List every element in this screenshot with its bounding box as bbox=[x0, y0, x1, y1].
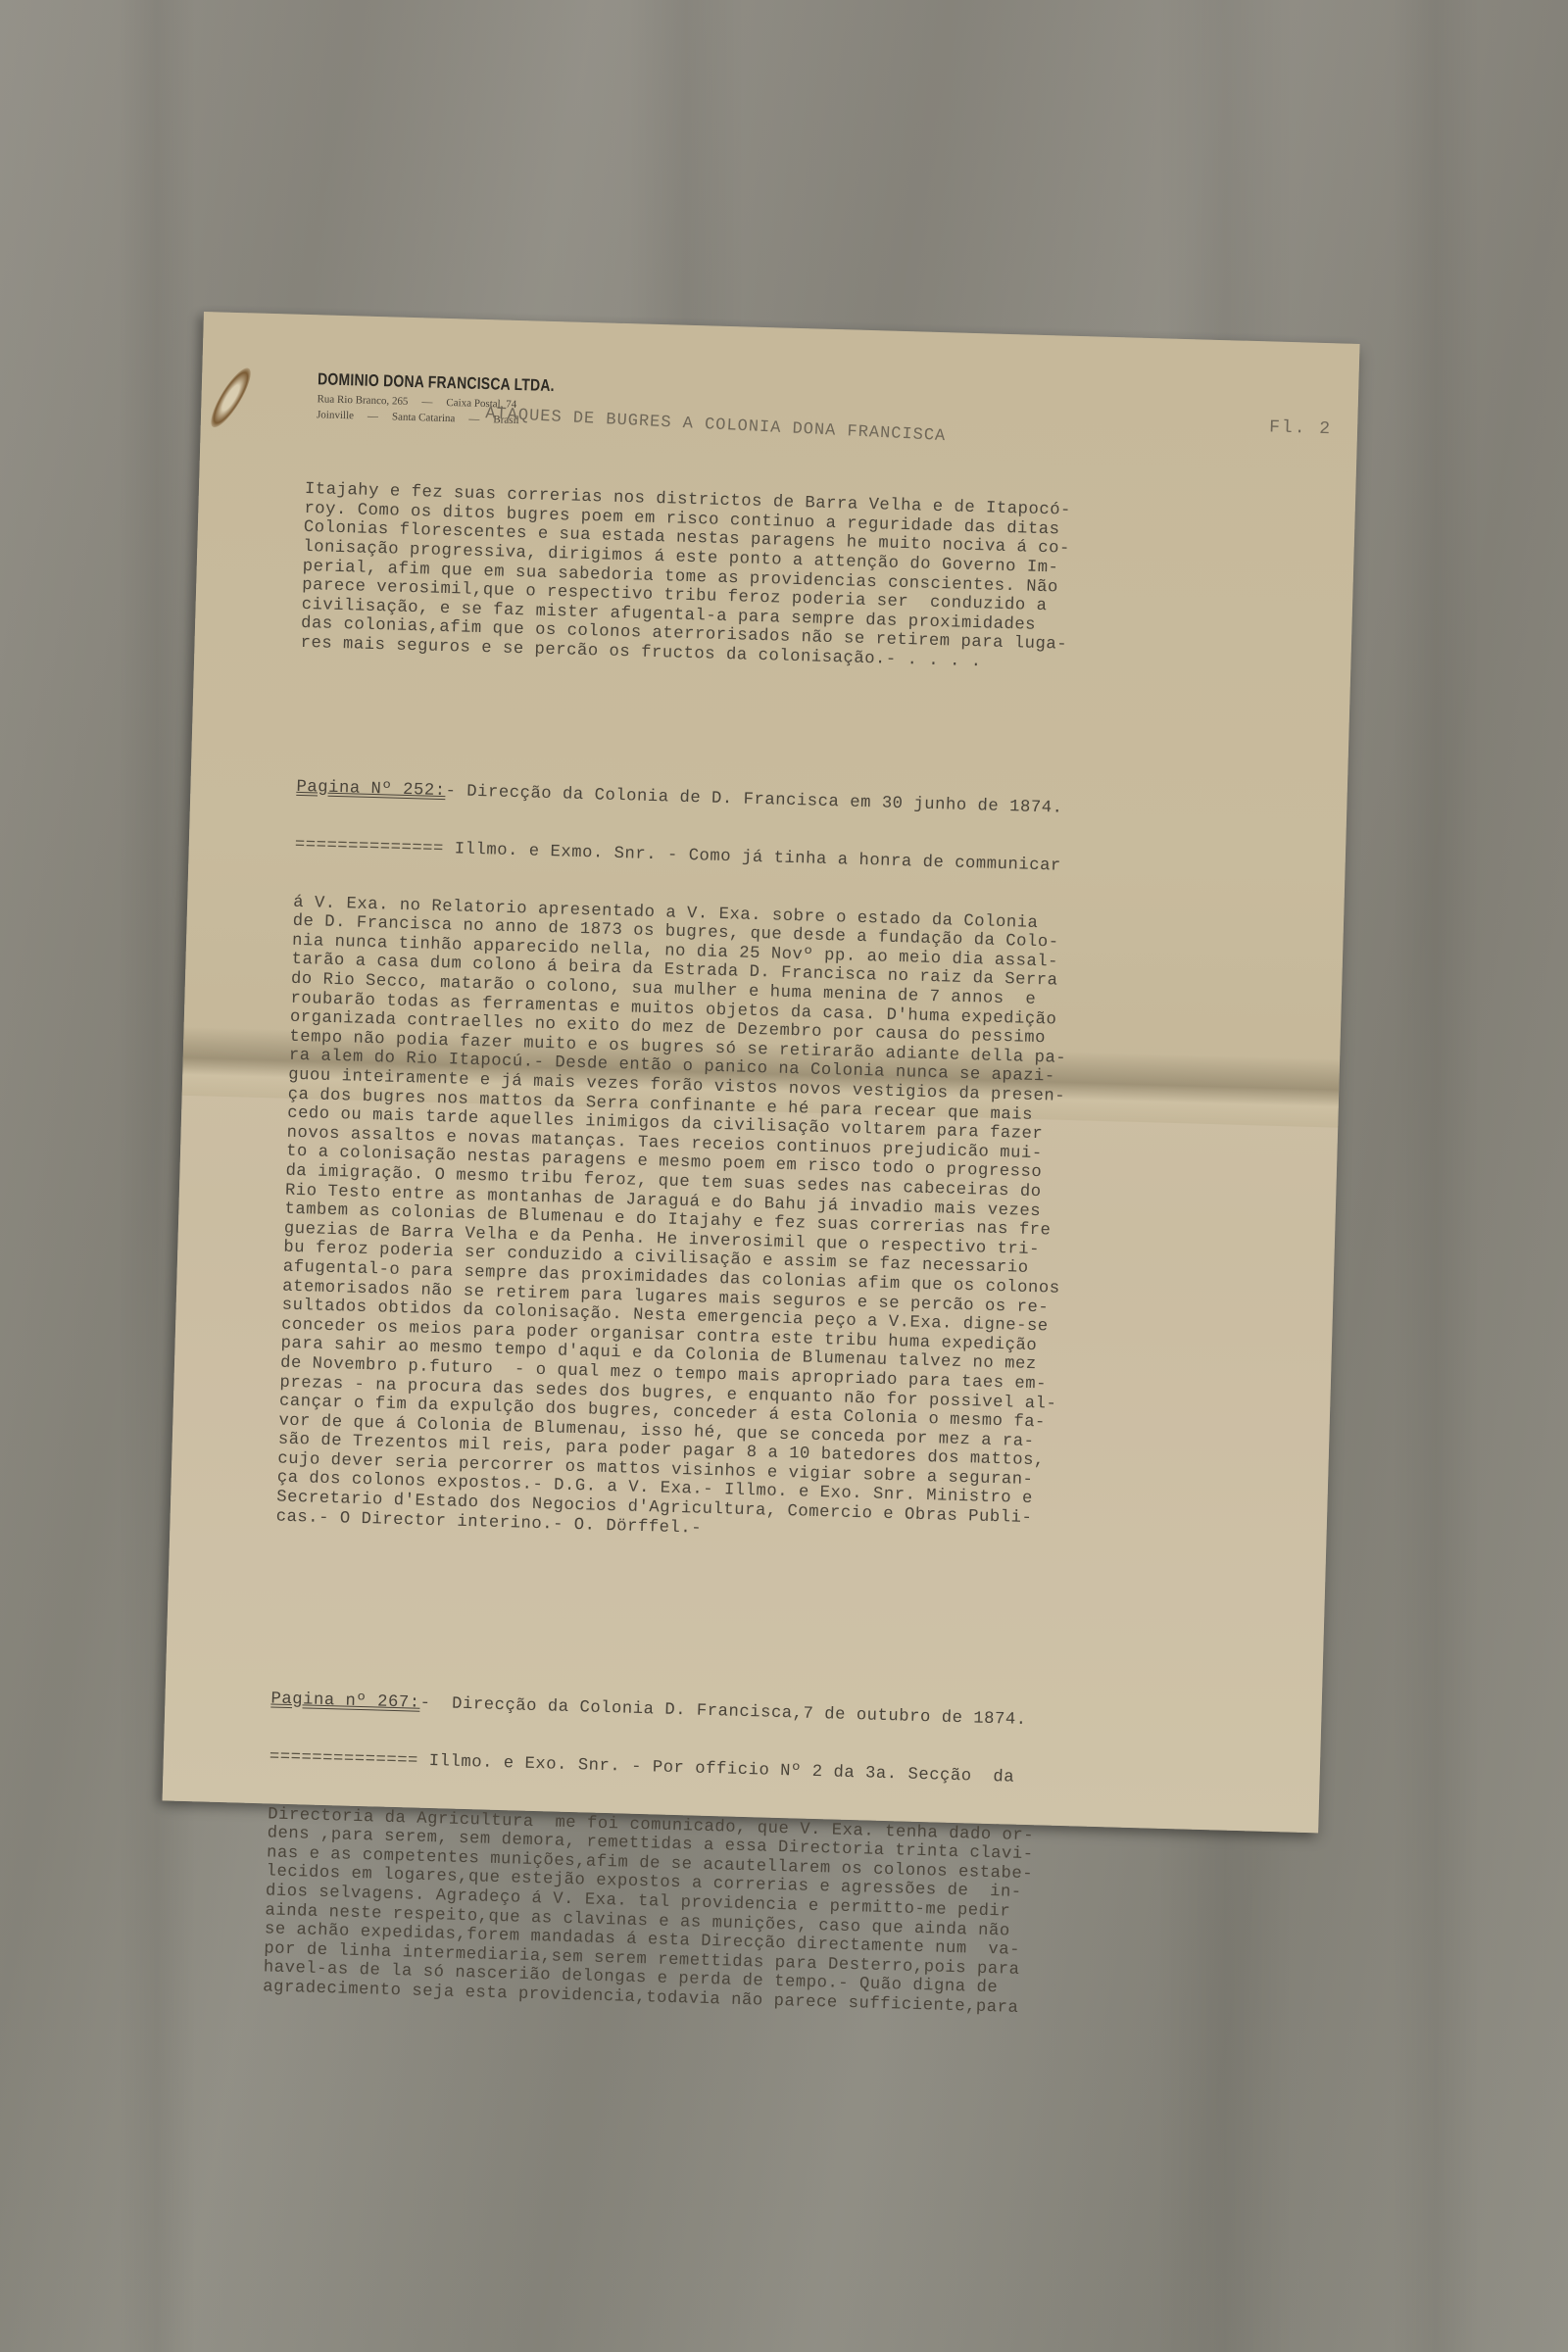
fabric-fold bbox=[627, 0, 745, 333]
separator-line: ============== bbox=[269, 1747, 419, 1770]
fabric-fold bbox=[1392, 0, 1480, 2352]
company-name: DOMINIO DONA FRANCISCA LTDA. bbox=[318, 369, 555, 396]
entry-page-252: Pagina Nº 252:- Direcção da Colonia de D… bbox=[274, 740, 1316, 1593]
separator-line: ============== bbox=[295, 836, 445, 858]
document-title: ATAQUES DE BUGRES A COLONIA DONA FRANCIS… bbox=[485, 405, 947, 446]
page-reference: Pagina nº 267: bbox=[270, 1690, 420, 1712]
folio-number: Fl. 2 bbox=[1269, 417, 1333, 439]
typed-document-page: DOMINIO DONA FRANCISCA LTDA. Rua Rio Bra… bbox=[163, 312, 1360, 1833]
continued-paragraph: Itajahy e fez suas correrias nos distric… bbox=[300, 480, 1324, 681]
paper-stain bbox=[205, 364, 258, 432]
page-reference: Pagina Nº 252: bbox=[296, 778, 446, 801]
entry-page-267: Pagina nº 267:- Direcção da Colonia D. F… bbox=[262, 1651, 1292, 2064]
document-body: Itajahy e fez suas correrias nos distric… bbox=[261, 442, 1325, 2102]
